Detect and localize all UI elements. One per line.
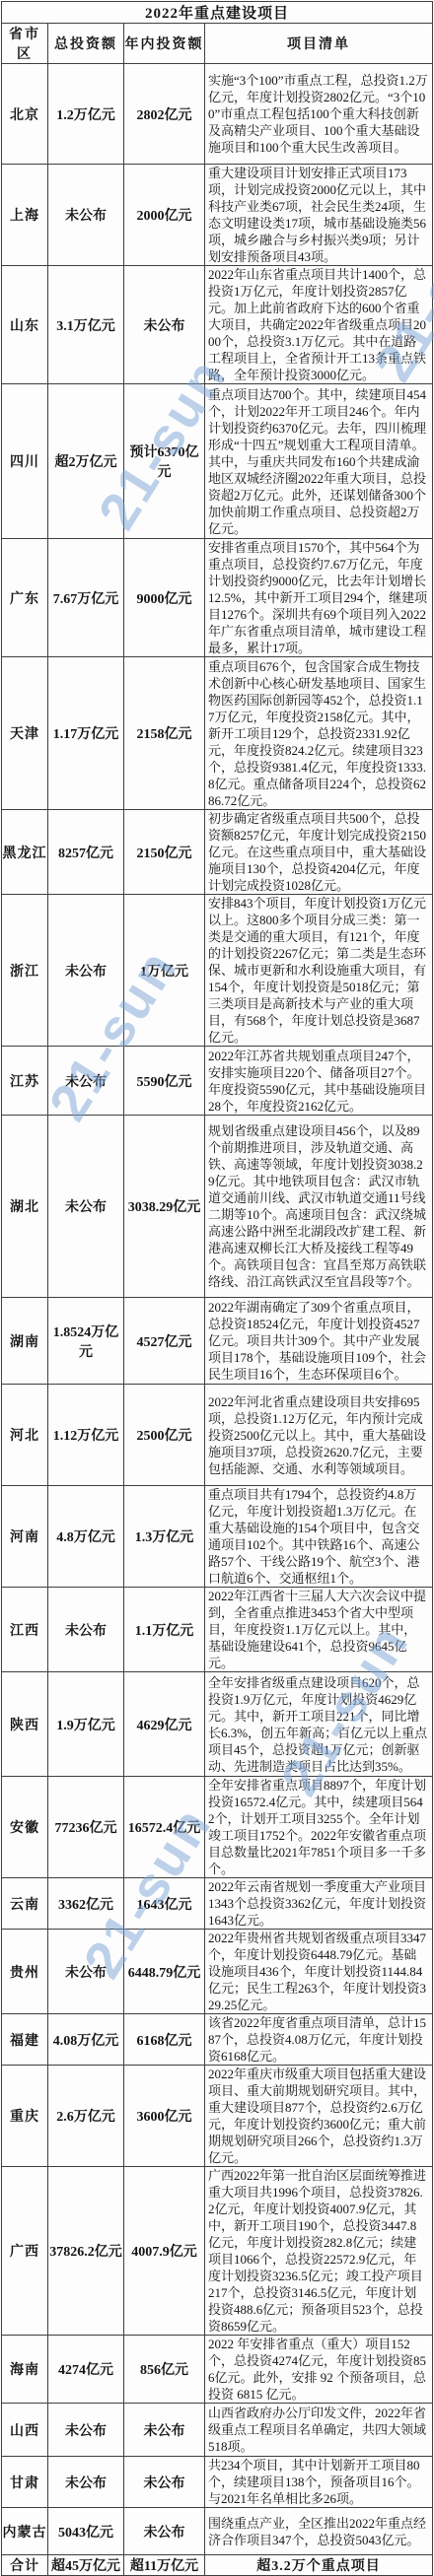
- total-investment-cell: 4274亿元: [47, 2336, 123, 2404]
- table-row: 广西37826.2亿元4007.9亿元广西2022年第一批自治区层面统筹推进重大…: [1, 2167, 432, 2336]
- table-row: 四川超2万亿元预计6370亿元重点项目达700个。其中，续建项目454个，计划2…: [1, 384, 432, 539]
- annual-investment-cell: 2150亿元: [123, 810, 204, 895]
- total-row-annual: 超11万亿元: [123, 2555, 204, 2576]
- project-details-cell: 围绕重点产业，全区推出2022年重点经济合作项目347个，总投资5043亿元。: [204, 2508, 432, 2555]
- project-details-cell: 2022年江西省十三届人大六次会议中提到，全省重点推进3453个省大中型项目，年…: [204, 1588, 432, 1672]
- total-investment-cell: 未公布: [47, 2404, 123, 2457]
- col-header-total: 总投资额: [47, 24, 123, 64]
- annual-investment-cell: 4527亿元: [123, 1298, 204, 1385]
- region-cell: 上海: [1, 165, 47, 266]
- region-cell: 福建: [1, 2014, 47, 2066]
- total-investment-cell: 未公布: [47, 1930, 123, 2014]
- region-cell: 浙江: [1, 895, 47, 1047]
- project-details-cell: 重点项目共有1794个，总投资约4.8万亿元，年度计划投资超1.3万亿元。在重大…: [204, 1486, 432, 1588]
- table-row: 江苏未公布5590亿元2022年江苏省共规划重点项目247个，安排实施项目220…: [1, 1047, 432, 1116]
- total-investment-cell: 7.67万亿元: [47, 539, 123, 657]
- total-row-total: 超45万亿元: [47, 2555, 123, 2576]
- region-cell: 湖南: [1, 1298, 47, 1385]
- total-investment-cell: 8257亿元: [47, 810, 123, 895]
- project-details-cell: 该省2022年度省重点项目清单，总计1587个，总投资4.08万亿元，年度计划投…: [204, 2014, 432, 2066]
- annual-investment-cell: 4007.9亿元: [123, 2167, 204, 2336]
- table-row: 陕西1.9万亿元4629亿元全年安排省级重点建设项目620个，总投资1.9万亿元…: [1, 1672, 432, 1777]
- total-investment-cell: 未公布: [47, 2457, 123, 2508]
- region-cell: 黑龙江: [1, 810, 47, 895]
- table-row: 海南4274亿元856亿元2022 年安排省重点（重大）项目152个，总投资42…: [1, 2336, 432, 2404]
- table-row: 江西未公布1.1万亿元2022年江西省十三届人大六次会议中提到，全省重点推进34…: [1, 1588, 432, 1672]
- annual-investment-cell: 2000亿元: [123, 165, 204, 266]
- region-cell: 湖北: [1, 1116, 47, 1298]
- total-investment-cell: 4.08万亿元: [47, 2014, 123, 2066]
- annual-investment-cell: 6448.79亿元: [123, 1930, 204, 2014]
- project-details-cell: 共234个项目，其中计划新开工项目80个，续建项目138个，预备项目16个。与2…: [204, 2457, 432, 2508]
- table-row: 湖北未公布3038.29亿元规划省级重点建设项目456个，以及89个前期推进项目…: [1, 1116, 432, 1298]
- annual-investment-cell: 5590亿元: [123, 1047, 204, 1116]
- region-cell: 重庆: [1, 2066, 47, 2167]
- project-details-cell: 2022年河北省重点建设项目共安排695项，总投资1.12万亿元，年内预计完成投…: [204, 1385, 432, 1486]
- project-details-cell: 重点项目676个，包含国家合成生物技术创新中心核心研发基地项目、国家生物医药国际…: [204, 657, 432, 810]
- total-investment-cell: 未公布: [47, 1116, 123, 1298]
- annual-investment-cell: 3600亿元: [123, 2066, 204, 2167]
- total-investment-cell: 1.8524万亿元: [47, 1298, 123, 1385]
- project-details-cell: 全年安排省重点项目8897个，年度计划投资16572.4亿元。其中，续建项目56…: [204, 1777, 432, 1878]
- project-details-cell: 重大建设项目计划安排正式项目173项，计划完成投资2000亿元以上，其中科技产业…: [204, 165, 432, 266]
- region-cell: 安徽: [1, 1777, 47, 1878]
- col-header-annual: 年内投资额: [123, 24, 204, 64]
- project-details-cell: 2022年重庆市级重大项目包括重大建设项目、重大前期规划研究项目。其中，重大建设…: [204, 2066, 432, 2167]
- total-investment-cell: 未公布: [47, 1047, 123, 1116]
- region-cell: 天津: [1, 657, 47, 810]
- table-row: 河北1.12万亿元2500亿元2022年河北省重点建设项目共安排695项，总投资…: [1, 1385, 432, 1486]
- annual-investment-cell: 2802亿元: [123, 64, 204, 165]
- page-title: 2022年重点建设项目: [1, 2, 432, 24]
- project-details-cell: 安排省重点项目1570个，其中564个为重点项目，总投资约7.67万亿元，年度计…: [204, 539, 432, 657]
- annual-investment-cell: 1万亿元: [123, 895, 204, 1047]
- total-investment-cell: 2.6万亿元: [47, 2066, 123, 2167]
- table-row: 重庆2.6万亿元3600亿元2022年重庆市级重大项目包括重大建设项目、重大前期…: [1, 2066, 432, 2167]
- annual-investment-cell: 1.1万亿元: [123, 1588, 204, 1672]
- project-details-cell: 重点项目达700个。其中，续建项目454个，计划2022年开工项目246个。年内…: [204, 384, 432, 539]
- table-row: 贵州未公布6448.79亿元2022年贵州省共规划省级重点项目3347个，年度计…: [1, 1930, 432, 2014]
- annual-investment-cell: 预计6370亿元: [123, 384, 204, 539]
- total-investment-cell: 未公布: [47, 1588, 123, 1672]
- project-details-cell: 山西省政府办公厅印发文件，2022年省级重点工程项目名单确定，共四大领域518项…: [204, 2404, 432, 2457]
- table-row: 安徽77236亿元16572.4亿元全年安排省重点项目8897个，年度计划投资1…: [1, 1777, 432, 1878]
- region-cell: 内蒙古: [1, 2508, 47, 2555]
- table-row: 湖南1.8524万亿元4527亿元2022年湖南确定了309个省重点项目，总投资…: [1, 1298, 432, 1385]
- region-cell: 山西: [1, 2404, 47, 2457]
- annual-investment-cell: 未公布: [123, 2457, 204, 2508]
- region-cell: 甘肃: [1, 2457, 47, 2508]
- total-investment-cell: 未公布: [47, 165, 123, 266]
- total-investment-cell: 3.1万亿元: [47, 266, 123, 384]
- project-details-cell: 实施“3个100”市重点工程，总投资1.2万亿元，年度计划投资2802亿元。“3…: [204, 64, 432, 165]
- total-investment-cell: 77236亿元: [47, 1777, 123, 1878]
- project-details-cell: 2022年湖南确定了309个省重点项目，总投资18524亿元，年度计划投资452…: [204, 1298, 432, 1385]
- table-screenshot-sheet: 2022年重点建设项目 省市区 总投资额 年内投资额 项目清单 北京1.2万亿元…: [0, 0, 434, 2576]
- total-row-details: 超3.2万个重点项目: [204, 2555, 432, 2576]
- table-row: 天津1.17万亿元2158亿元重点项目676个，包含国家合成生物技术创新中心核心…: [1, 657, 432, 810]
- annual-investment-cell: 2158亿元: [123, 657, 204, 810]
- annual-investment-cell: 未公布: [123, 2404, 204, 2457]
- header-row: 省市区 总投资额 年内投资额 项目清单: [1, 24, 432, 64]
- annual-investment-cell: 3038.29亿元: [123, 1116, 204, 1298]
- annual-investment-cell: 1.3万亿元: [123, 1486, 204, 1588]
- annual-investment-cell: 未公布: [123, 266, 204, 384]
- project-details-cell: 广西2022年第一批自治区层面统筹推进重大项目共1996个项目，总投资37826…: [204, 2167, 432, 2336]
- table-row: 福建4.08万亿元6168亿元该省2022年度省重点项目清单，总计1587个，总…: [1, 2014, 432, 2066]
- annual-investment-cell: 1643亿元: [123, 1878, 204, 1930]
- region-cell: 陕西: [1, 1672, 47, 1777]
- annual-investment-cell: 未公布: [123, 2508, 204, 2555]
- annual-investment-cell: 2500亿元: [123, 1385, 204, 1486]
- region-cell: 河南: [1, 1486, 47, 1588]
- table-footer: 合计 超45万亿元 超11万亿元 超3.2万个重点项目: [1, 2555, 432, 2576]
- table-row: 河南4.8万亿元1.3万亿元重点项目共有1794个，总投资约4.8万亿元，年度计…: [1, 1486, 432, 1588]
- total-row: 合计 超45万亿元 超11万亿元 超3.2万个重点项目: [1, 2555, 432, 2576]
- table-body: 北京1.2万亿元2802亿元实施“3个100”市重点工程，总投资1.2万亿元，年…: [1, 64, 432, 2555]
- project-details-cell: 全年安排省级重点建设项目620个，总投资1.9万亿元，年度计划投资4629亿元。…: [204, 1672, 432, 1777]
- table-row: 山东3.1万亿元未公布2022年山东省重点项目共计1400个，总投资1万亿元，年…: [1, 266, 432, 384]
- total-investment-cell: 1.12万亿元: [47, 1385, 123, 1486]
- region-cell: 广东: [1, 539, 47, 657]
- project-details-cell: 2022年山东省重点项目共计1400个，总投资1万亿元，年度计划投资2857亿元…: [204, 266, 432, 384]
- total-row-label: 合计: [1, 2555, 47, 2576]
- title-row: 2022年重点建设项目: [1, 2, 432, 24]
- annual-investment-cell: 9000亿元: [123, 539, 204, 657]
- annual-investment-cell: 4629亿元: [123, 1672, 204, 1777]
- total-investment-cell: 1.2万亿元: [47, 64, 123, 165]
- table-row: 黑龙江8257亿元2150亿元初步确定省级重点项目共500个，总投资额8257亿…: [1, 810, 432, 895]
- table-row: 北京1.2万亿元2802亿元实施“3个100”市重点工程，总投资1.2万亿元，年…: [1, 64, 432, 165]
- region-cell: 海南: [1, 2336, 47, 2404]
- total-investment-cell: 1.9万亿元: [47, 1672, 123, 1777]
- total-investment-cell: 未公布: [47, 895, 123, 1047]
- table-row: 浙江未公布1万亿元安排843个项目，年度计划投资1万亿元以上。这800多个项目分…: [1, 895, 432, 1047]
- table-row: 上海未公布2000亿元重大建设项目计划安排正式项目173项，计划完成投资2000…: [1, 165, 432, 266]
- annual-investment-cell: 6168亿元: [123, 2014, 204, 2066]
- project-details-cell: 规划省级重点建设项目456个，以及89个前期推进项目，涉及轨道交通、高铁、高速等…: [204, 1116, 432, 1298]
- region-cell: 江苏: [1, 1047, 47, 1116]
- table-row: 甘肃未公布未公布共234个项目，其中计划新开工项目80个，续建项目138个，预备…: [1, 2457, 432, 2508]
- region-cell: 贵州: [1, 1930, 47, 2014]
- region-cell: 山东: [1, 266, 47, 384]
- region-cell: 河北: [1, 1385, 47, 1486]
- key-projects-table: 2022年重点建设项目 省市区 总投资额 年内投资额 项目清单 北京1.2万亿元…: [1, 1, 433, 2576]
- col-header-region: 省市区: [1, 24, 47, 64]
- region-cell: 云南: [1, 1878, 47, 1930]
- region-cell: 四川: [1, 384, 47, 539]
- total-investment-cell: 4.8万亿元: [47, 1486, 123, 1588]
- total-investment-cell: 超2万亿元: [47, 384, 123, 539]
- annual-investment-cell: 856亿元: [123, 2336, 204, 2404]
- project-details-cell: 初步确定省级重点项目共500个，总投资额8257亿元，年度计划完成投资2150亿…: [204, 810, 432, 895]
- project-details-cell: 2022年云南省规划一季度重大产业项目1343个总投资3362亿元，年度计划投资…: [204, 1878, 432, 1930]
- region-cell: 广西: [1, 2167, 47, 2336]
- total-investment-cell: 1.17万亿元: [47, 657, 123, 810]
- col-header-details: 项目清单: [204, 24, 432, 64]
- table-row: 内蒙古5043亿元未公布围绕重点产业，全区推出2022年重点经济合作项目347个…: [1, 2508, 432, 2555]
- total-investment-cell: 5043亿元: [47, 2508, 123, 2555]
- region-cell: 江西: [1, 1588, 47, 1672]
- table-row: 广东7.67万亿元9000亿元安排省重点项目1570个，其中564个为重点项目，…: [1, 539, 432, 657]
- table-row: 云南3362亿元1643亿元2022年云南省规划一季度重大产业项目1343个总投…: [1, 1878, 432, 1930]
- project-details-cell: 2022年贵州省共规划省级重点项目3347个，年度计划投资6448.79亿元。基…: [204, 1930, 432, 2014]
- annual-investment-cell: 16572.4亿元: [123, 1777, 204, 1878]
- table-row: 山西未公布未公布山西省政府办公厅印发文件，2022年省级重点工程项目名单确定，共…: [1, 2404, 432, 2457]
- total-investment-cell: 37826.2亿元: [47, 2167, 123, 2336]
- region-cell: 北京: [1, 64, 47, 165]
- project-details-cell: 安排843个项目，年度计划投资1万亿元以上。这800多个项目分成三类：第一类是交…: [204, 895, 432, 1047]
- project-details-cell: 2022 年安排省重点（重大）项目152个，总投资4274亿元，年度计划投资85…: [204, 2336, 432, 2404]
- project-details-cell: 2022年江苏省共规划重点项目247个，安排实施项目220个、储备项目27个。年…: [204, 1047, 432, 1116]
- total-investment-cell: 3362亿元: [47, 1878, 123, 1930]
